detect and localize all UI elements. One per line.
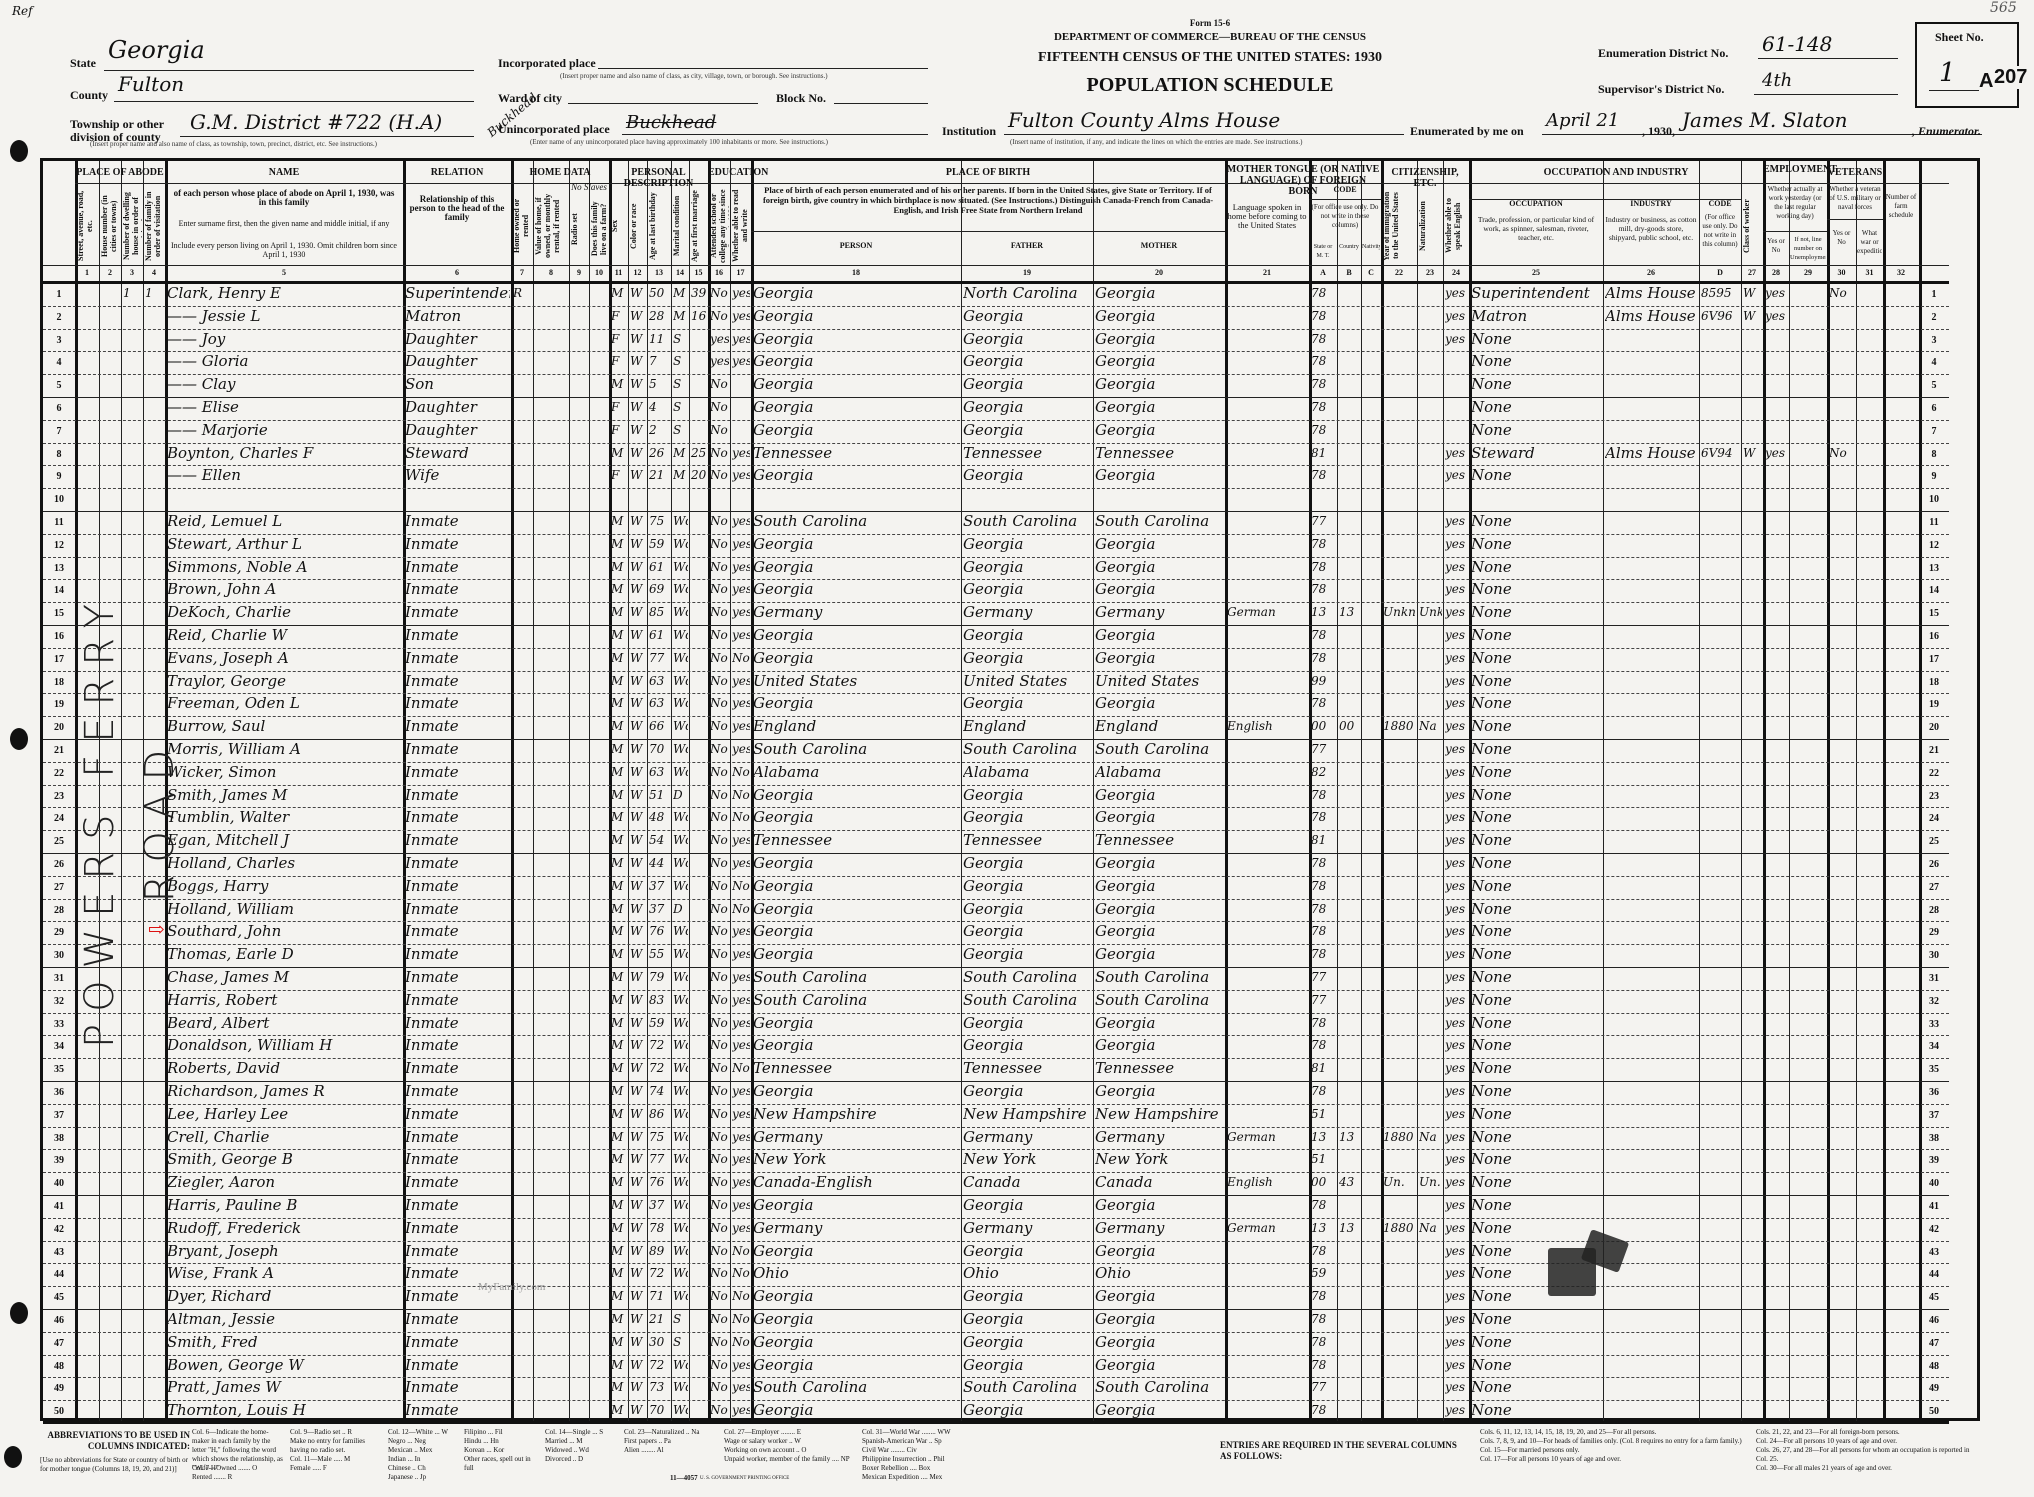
line-number: 8 xyxy=(1919,442,1949,467)
cell-father: United States xyxy=(963,669,1092,694)
footer-col27: Col. 27—Employer ........ E Wage or sala… xyxy=(724,1428,850,1464)
cell-relation: Daughter xyxy=(405,395,510,420)
age-marriage-header: Age at first marriage xyxy=(690,189,707,263)
abbrev-title: ABBREVIATIONS TO BE USED IN COLUMNS INDI… xyxy=(40,1430,190,1452)
cell-marital: M xyxy=(673,441,688,466)
sd-label: Supervisor's District No. xyxy=(1598,82,1724,97)
cell-class: W xyxy=(1743,304,1762,329)
school-header: Attended school or college any time sinc… xyxy=(709,189,729,263)
line-number: 41 xyxy=(43,1194,75,1219)
line-number: 44 xyxy=(1919,1262,1949,1287)
cell-father: Georgia xyxy=(963,555,1092,580)
cell-code-a: 78 xyxy=(1311,463,1336,488)
code-c-header: Nativity xyxy=(1362,243,1380,263)
line-number: 1 xyxy=(1919,282,1949,307)
cell-father: New Hampshire xyxy=(963,1102,1092,1127)
cell-code-a: 78 xyxy=(1311,805,1336,830)
cell-marital: Wd xyxy=(673,805,688,830)
cell-age: 72 xyxy=(649,1056,670,1081)
cell-name: Traylor, George xyxy=(167,669,402,694)
footer-col12b: Filipino ... Fil Hindu ... Hn Korean ...… xyxy=(464,1428,534,1473)
cell-race: W xyxy=(630,1398,646,1423)
cell-age: 21 xyxy=(649,463,670,488)
cell-code-a: 78 xyxy=(1311,874,1336,899)
cell-age: 75 xyxy=(649,1125,670,1150)
cell-age: 77 xyxy=(649,1147,670,1172)
cell-birth: Tennessee xyxy=(753,441,960,466)
cell-sex: M xyxy=(611,600,627,625)
cell-race: W xyxy=(630,1193,646,1218)
cell-english: yes xyxy=(1445,783,1468,808)
cell-mother: Alabama xyxy=(1095,760,1224,785)
cell-name: Simmons, Noble A xyxy=(167,555,402,580)
line-number: 2 xyxy=(43,305,75,330)
cell-occ-code: 6V96 xyxy=(1701,304,1740,329)
line-number: 39 xyxy=(43,1148,75,1173)
cell-age: 51 xyxy=(649,783,670,808)
cell-code-a: 78 xyxy=(1311,1033,1336,1058)
line-number: 25 xyxy=(1919,829,1949,854)
cell-marital: S xyxy=(673,327,688,352)
column-number: 28 xyxy=(1763,268,1789,277)
cell-english: yes xyxy=(1445,737,1468,762)
cell-mother: Tennessee xyxy=(1095,1056,1224,1081)
cell-read: yes xyxy=(732,1033,750,1058)
unincorporated-note: (Enter name of any unincorporated place … xyxy=(530,138,828,146)
column-number: 32 xyxy=(1883,268,1919,277)
cell-age: 71 xyxy=(649,1284,670,1309)
column-number: A xyxy=(1309,268,1337,277)
cell-read: yes xyxy=(732,1125,750,1150)
cell-father: Georgia xyxy=(963,919,1092,944)
cell-school: No xyxy=(710,783,729,808)
group-personal-description: PERSONAL DESCRIPTION xyxy=(609,167,708,189)
cell-father: Georgia xyxy=(963,1239,1092,1264)
cell-english: yes xyxy=(1445,851,1468,876)
cell-birth: Georgia xyxy=(753,418,960,443)
cell-sex: M xyxy=(611,1011,627,1036)
column-number: 10 xyxy=(589,268,609,277)
sex-header: Sex xyxy=(610,189,627,263)
cell-name: Pratt, James W xyxy=(167,1375,402,1400)
cell-school: No xyxy=(710,1170,729,1195)
occ-code-desc: (For office use only. Do not write in th… xyxy=(1700,213,1740,261)
cell-marital: Wd xyxy=(673,1011,688,1036)
cell-read: No xyxy=(732,1239,750,1264)
column-divider xyxy=(647,161,648,1421)
cell-relation: Inmate xyxy=(405,919,510,944)
county-label: County xyxy=(70,88,108,103)
cell-father: Georgia xyxy=(963,1398,1092,1423)
cell-english: yes xyxy=(1445,669,1468,694)
cell-school: No xyxy=(710,395,729,420)
cell-relation: Inmate xyxy=(405,942,510,967)
group-citizenship: CITIZENSHIP, ETC. xyxy=(1381,167,1469,189)
line-number: 47 xyxy=(43,1331,75,1356)
column-number: 16 xyxy=(708,268,730,277)
footer-printer: U. S. GOVERNMENT PRINTING OFFICE xyxy=(700,1474,789,1483)
group-place-of-abode: PLACE OF ABODE xyxy=(75,167,165,178)
cell-race: W xyxy=(630,805,646,830)
column-number: 27 xyxy=(1741,268,1763,277)
cell-english: yes xyxy=(1445,965,1468,990)
cell-birth: Georgia xyxy=(753,349,960,374)
cell-mother: Georgia xyxy=(1095,1239,1224,1264)
cell-age: 37 xyxy=(649,1193,670,1218)
column-number: 6 xyxy=(403,268,511,277)
cell-sex: M xyxy=(611,897,627,922)
cell-mother: Georgia xyxy=(1095,304,1224,329)
cell-race: W xyxy=(630,897,646,922)
cell-school: No xyxy=(710,669,729,694)
cell-relation: Inmate xyxy=(405,988,510,1013)
cell-sex: F xyxy=(611,418,627,443)
cell-occupation: Superintendent xyxy=(1471,281,1602,306)
column-number: 14 xyxy=(671,268,689,277)
cell-mother: Georgia xyxy=(1095,1330,1224,1355)
cell-occupation: None xyxy=(1471,805,1602,830)
cell-father: Georgia xyxy=(963,1193,1092,1218)
enumerated-label: Enumerated by me on xyxy=(1410,124,1524,139)
cell-mother: Georgia xyxy=(1095,577,1224,602)
cell-name: —— Gloria xyxy=(167,349,402,374)
cell-name: Boggs, Harry xyxy=(167,874,402,899)
cell-name: Brown, John A xyxy=(167,577,402,602)
cell-code-a: 78 xyxy=(1311,691,1336,716)
cell-occupation: None xyxy=(1471,1216,1602,1241)
cell-age: 59 xyxy=(649,532,670,557)
cell-occupation: None xyxy=(1471,1125,1602,1150)
cell-school: yes xyxy=(710,327,729,352)
line-number: 24 xyxy=(1919,806,1949,831)
cell-code-a: 78 xyxy=(1311,1284,1336,1309)
column-divider xyxy=(1443,161,1444,1421)
cell-read: yes xyxy=(732,1398,750,1423)
line-number: 9 xyxy=(1919,464,1949,489)
cell-marital: Wd xyxy=(673,828,688,853)
line-number: 10 xyxy=(1919,487,1949,512)
cell-school: No xyxy=(710,942,729,967)
cell-sex: F xyxy=(611,304,627,329)
cell-mother: Ohio xyxy=(1095,1261,1224,1286)
cell-relation: Superintendent xyxy=(405,281,510,306)
line-number: 44 xyxy=(43,1262,75,1287)
cell-marital: Wd xyxy=(673,965,688,990)
cell-occupation: None xyxy=(1471,1102,1602,1127)
emp-yes-header: Yes or No xyxy=(1764,237,1788,263)
vet-war-header: What war or expedition? xyxy=(1857,229,1882,259)
occupation-header-desc: Trade, profession, or particular kind of… xyxy=(1472,215,1600,261)
line-number: 48 xyxy=(43,1354,75,1379)
cell-read: yes xyxy=(732,577,750,602)
cell-age: 11 xyxy=(649,327,670,352)
cell-age: 37 xyxy=(649,897,670,922)
cell-school: No xyxy=(710,1375,729,1400)
institution-label: Institution xyxy=(942,124,996,139)
line-number: 7 xyxy=(1919,419,1949,444)
cell-age: 28 xyxy=(649,304,670,329)
cell-father: England xyxy=(963,714,1092,739)
cell-age: 70 xyxy=(649,737,670,762)
cell-birth: Georgia xyxy=(753,691,960,716)
cell-relation: Inmate xyxy=(405,669,510,694)
cell-school: No xyxy=(710,737,729,762)
birth-father-header: FATHER xyxy=(962,241,1092,255)
top-right-note: 565 xyxy=(1990,0,2017,16)
cell-age: 54 xyxy=(649,828,670,853)
cell-english: yes xyxy=(1445,760,1468,785)
line-number: 41 xyxy=(1919,1194,1949,1219)
footer-col23: Col. 23—Naturalized .. Na First papers .… xyxy=(624,1428,699,1455)
cell-mother: South Carolina xyxy=(1095,965,1224,990)
line-number: 34 xyxy=(1919,1034,1949,1059)
cell-relation: Daughter xyxy=(405,418,510,443)
color-header: Color or race xyxy=(629,189,646,263)
cell-relation: Inmate xyxy=(405,874,510,899)
cell-relation: Inmate xyxy=(405,1033,510,1058)
sheet-number: 1 xyxy=(1939,58,1956,88)
cell-birth: Georgia xyxy=(753,1307,960,1332)
cell-school: No xyxy=(710,372,729,397)
cell-read: No xyxy=(732,1284,750,1309)
cell-age: 63 xyxy=(649,669,670,694)
column-number: 25 xyxy=(1469,268,1603,277)
cell-age: 48 xyxy=(649,805,670,830)
schedule-title: POPULATION SCHEDULE xyxy=(980,74,1440,97)
group-name: NAME xyxy=(165,167,403,178)
cell-name: Clark, Henry E xyxy=(167,281,402,306)
cell-read: yes xyxy=(732,942,750,967)
cell-mother: South Carolina xyxy=(1095,988,1224,1013)
cell-mother: South Carolina xyxy=(1095,509,1224,534)
cell-race: W xyxy=(630,1216,646,1241)
unincorporated-label: Unincorporated place xyxy=(498,122,610,137)
cell-marital: Wd xyxy=(673,1056,688,1081)
cell-code-a: 78 xyxy=(1311,1353,1336,1378)
birth-mother-header: MOTHER xyxy=(1094,241,1224,255)
cell-birth: Canada-English xyxy=(753,1170,960,1195)
column-divider xyxy=(671,161,672,1421)
column-number: 15 xyxy=(689,268,708,277)
cell-mother: Georgia xyxy=(1095,1011,1224,1036)
cell-relation: Inmate xyxy=(405,1056,510,1081)
cell-occupation: None xyxy=(1471,1375,1602,1400)
cell-read: No xyxy=(732,646,750,671)
cell-relation: Inmate xyxy=(405,805,510,830)
cell-english: yes xyxy=(1445,1261,1468,1286)
cell-lang: German xyxy=(1227,1216,1308,1241)
group-veterans: VETERANS xyxy=(1827,167,1883,178)
cell-read: yes xyxy=(732,851,750,876)
radio-handwritten-note: No Slaves xyxy=(570,183,608,195)
cell-english: yes xyxy=(1445,1170,1468,1195)
cell-age: 69 xyxy=(649,577,670,602)
class-worker-header: Class of worker xyxy=(1742,189,1762,263)
cell-name: Chase, James M xyxy=(167,965,402,990)
cell-birth: Georgia xyxy=(753,1330,960,1355)
cell-race: W xyxy=(630,714,646,739)
cell-relation: Inmate xyxy=(405,1125,510,1150)
cell-lang: German xyxy=(1227,600,1308,625)
line-number: 28 xyxy=(1919,898,1949,923)
birth-header-desc: Place of birth of each person enumerated… xyxy=(754,185,1222,231)
cell-relation: Inmate xyxy=(405,623,510,648)
cell-birth: United States xyxy=(753,669,960,694)
cell-name: Smith, Fred xyxy=(167,1330,402,1355)
cell-relation: Inmate xyxy=(405,1147,510,1172)
cell-relation: Inmate xyxy=(405,1170,510,1195)
cell-marital: M xyxy=(673,463,688,488)
cell-school: No xyxy=(710,1261,729,1286)
cell-name: —— Marjorie xyxy=(167,418,402,443)
cell-english: yes xyxy=(1445,919,1468,944)
cell-code-a: 78 xyxy=(1311,349,1336,374)
cell-age: 21 xyxy=(649,1307,670,1332)
cell-school: No xyxy=(710,760,729,785)
line-number: 10 xyxy=(43,487,75,512)
cell-code-a: 81 xyxy=(1311,828,1336,853)
cell-race: W xyxy=(630,1170,646,1195)
census-title: FIFTEENTH CENSUS OF THE UNITED STATES: 1… xyxy=(960,50,1460,66)
cell-age: 76 xyxy=(649,919,670,944)
column-divider xyxy=(1093,161,1094,1421)
cell-read: yes xyxy=(732,1102,750,1127)
cell-relation: Inmate xyxy=(405,691,510,716)
cell-sex: F xyxy=(611,395,627,420)
cell-sex: F xyxy=(611,349,627,374)
cell-relation: Inmate xyxy=(405,1239,510,1264)
cell-father: Germany xyxy=(963,600,1092,625)
cell-birth: Germany xyxy=(753,1125,960,1150)
cell-mother: Georgia xyxy=(1095,919,1224,944)
cell-father: Georgia xyxy=(963,577,1092,602)
cell-father: South Carolina xyxy=(963,509,1092,534)
column-number: 31 xyxy=(1856,268,1883,277)
cell-birth: South Carolina xyxy=(753,965,960,990)
column-divider xyxy=(1337,161,1338,1421)
cell-marital: S xyxy=(673,1307,688,1332)
cell-birth: New Hampshire xyxy=(753,1102,960,1127)
ed-label: Enumeration District No. xyxy=(1598,46,1728,61)
cell-school: No xyxy=(710,805,729,830)
cell-school: No xyxy=(710,463,729,488)
cell-english: yes xyxy=(1445,623,1468,648)
cell-occupation: None xyxy=(1471,760,1602,785)
cell-mother: Georgia xyxy=(1095,942,1224,967)
cell-birth: Georgia xyxy=(753,1011,960,1036)
cell-industry: Alms House xyxy=(1605,304,1698,329)
enumerator-label: , Enumerator. xyxy=(1912,124,1981,139)
cell-birth: Georgia xyxy=(753,851,960,876)
line-number: 48 xyxy=(1919,1354,1949,1379)
cell-marital: S xyxy=(673,372,688,397)
cell-name: Egan, Mitchell J xyxy=(167,828,402,853)
line-number: 42 xyxy=(1919,1217,1949,1242)
cell-father: Georgia xyxy=(963,646,1092,671)
cell-relation: Inmate xyxy=(405,1102,510,1127)
emp-line-header: If not, line number on Unemployment Sche… xyxy=(1790,235,1826,263)
cell-read: yes xyxy=(732,1147,750,1172)
cell-name: Thomas, Earle D xyxy=(167,942,402,967)
cell-read: yes xyxy=(732,349,750,374)
cell-sex: M xyxy=(611,1056,627,1081)
cell-read: yes xyxy=(732,737,750,762)
line-number: 14 xyxy=(1919,578,1949,603)
cell-race: W xyxy=(630,1239,646,1264)
cell-english: yes xyxy=(1445,1147,1468,1172)
cell-sex: M xyxy=(611,1375,627,1400)
cell-relation: Inmate xyxy=(405,1193,510,1218)
header-rule xyxy=(1309,199,1381,200)
cell-name: Morris, William A xyxy=(167,737,402,762)
cell-name: Boynton, Charles F xyxy=(167,441,402,466)
cell-father: Ohio xyxy=(963,1261,1092,1286)
cell-school: No xyxy=(710,646,729,671)
cell-birth: Georgia xyxy=(753,395,960,420)
cell-code-a: 82 xyxy=(1311,760,1336,785)
cell-age: 2 xyxy=(649,418,670,443)
cell-school: No xyxy=(710,1102,729,1127)
cell-sex: M xyxy=(611,1216,627,1241)
column-number: C xyxy=(1361,268,1381,277)
cell-occupation: None xyxy=(1471,623,1602,648)
line-number: 12 xyxy=(1919,533,1949,558)
punch-hole xyxy=(10,140,28,162)
cell-mother: Georgia xyxy=(1095,1079,1224,1104)
cell-father: Georgia xyxy=(963,418,1092,443)
cell-occupation: None xyxy=(1471,600,1602,625)
cell-occupation: None xyxy=(1471,509,1602,534)
cell-at-work: yes xyxy=(1765,441,1788,466)
cell-name: Smith, George B xyxy=(167,1147,402,1172)
cell-race: W xyxy=(630,1125,646,1150)
cell-english: yes xyxy=(1445,1330,1468,1355)
cell-birth: Georgia xyxy=(753,897,960,922)
highlight-arrow-icon[interactable]: ⇨ xyxy=(148,917,165,941)
cell-marital: M xyxy=(673,304,688,329)
cell-english: yes xyxy=(1445,1375,1468,1400)
cell-race: W xyxy=(630,1353,646,1378)
cell-code-b: 13 xyxy=(1339,600,1360,625)
line-number: 4 xyxy=(43,350,75,375)
line-number: 26 xyxy=(1919,852,1949,877)
cell-read: yes xyxy=(732,1170,750,1195)
township-value: G.M. District #722 (H.A) xyxy=(190,110,442,134)
cell-read: yes xyxy=(732,1216,750,1241)
header-rule xyxy=(43,1421,1949,1424)
cell-occ-code: 8595 xyxy=(1701,281,1740,306)
cell-school: No xyxy=(710,509,729,534)
cell-age: 75 xyxy=(649,509,670,534)
cell-marital: Wd xyxy=(673,737,688,762)
cell-father: Georgia xyxy=(963,532,1092,557)
code-b-header: Country xyxy=(1338,243,1360,263)
cell-occupation: None xyxy=(1471,463,1602,488)
line-number: 4 xyxy=(1919,350,1949,375)
cell-age: 61 xyxy=(649,555,670,580)
cell-relation: Inmate xyxy=(405,1353,510,1378)
cell-occupation: None xyxy=(1471,1398,1602,1423)
cell-code-a: 78 xyxy=(1311,418,1336,443)
cell-race: W xyxy=(630,532,646,557)
sd-value: 4th xyxy=(1762,70,1792,91)
cell-school: No xyxy=(710,1056,729,1081)
cell-age: 89 xyxy=(649,1239,670,1264)
line-number: 6 xyxy=(1919,396,1949,421)
line-number: 1 xyxy=(43,282,75,307)
cell-age: 76 xyxy=(649,1170,670,1195)
cell-code-a: 51 xyxy=(1311,1147,1336,1172)
